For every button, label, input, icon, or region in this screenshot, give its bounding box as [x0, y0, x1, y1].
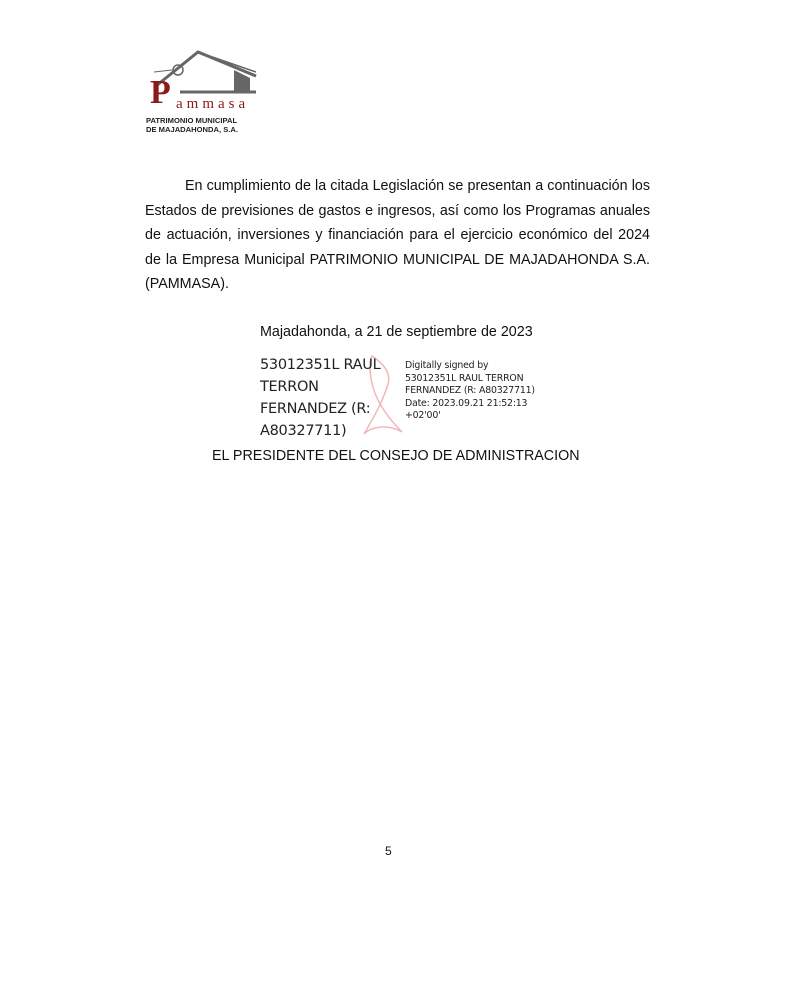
- company-logo: P ammasa PATRIMONIO MUNICIPAL DE MAJADAH…: [146, 48, 266, 136]
- signature-detail-line: Date: 2023.09.21 21:52:13: [405, 398, 535, 411]
- logo-subtitle-line-2: DE MAJADAHONDA, S.A.: [146, 125, 238, 134]
- signature-detail-line: 53012351L RAUL TERRON: [405, 373, 535, 386]
- signature-detail-line: +02'00': [405, 410, 535, 423]
- page-number: 5: [385, 844, 392, 858]
- body-paragraph-text: En cumplimiento de la citada Legislación…: [145, 178, 650, 292]
- signer-name-line: A80327711): [260, 420, 400, 442]
- logo-initial: P: [150, 76, 171, 110]
- logo-wordmark: ammasa: [176, 97, 249, 112]
- signer-name-line: FERNANDEZ (R:: [260, 398, 400, 420]
- digital-signature-details[interactable]: Digitally signed by 53012351L RAUL TERRO…: [405, 360, 535, 423]
- body-paragraph: En cumplimiento de la citada Legislación…: [145, 174, 650, 297]
- signature-detail-line: FERNANDEZ (R: A80327711): [405, 385, 535, 398]
- signer-name: 53012351L RAUL TERRON FERNANDEZ (R: A803…: [260, 354, 400, 442]
- signer-role: EL PRESIDENTE DEL CONSEJO DE ADMINISTRAC…: [212, 448, 580, 464]
- logo-subtitle-line-1: PATRIMONIO MUNICIPAL: [146, 116, 238, 125]
- signature-detail-line: Digitally signed by: [405, 360, 535, 373]
- logo-subtitle: PATRIMONIO MUNICIPAL DE MAJADAHONDA, S.A…: [146, 116, 238, 134]
- place-date: Majadahonda, a 21 de septiembre de 2023: [260, 324, 533, 340]
- signer-name-line: 53012351L RAUL: [260, 354, 400, 376]
- signer-name-line: TERRON: [260, 376, 400, 398]
